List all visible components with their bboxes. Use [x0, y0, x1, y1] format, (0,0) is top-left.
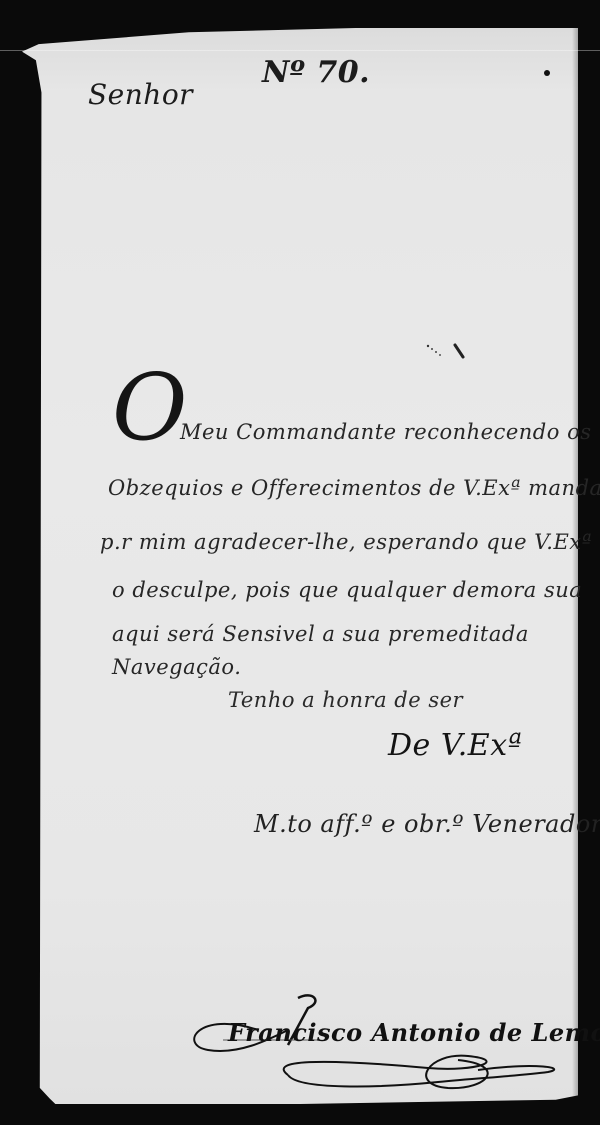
letter-page	[22, 28, 578, 1104]
body-line-4: o desculpe, pois que qualquer demora sua	[112, 578, 582, 602]
complimentary-line: M.to aff.º e obr.º Venerador	[254, 810, 600, 838]
salutation: Senhor	[88, 78, 193, 111]
body-line-2: Obzequios e Offerecimentos de V.Exª mand…	[108, 476, 600, 500]
document-number: Nº 70.	[262, 55, 370, 90]
scan-artifact-line	[0, 50, 600, 51]
drop-capital: O	[112, 362, 187, 454]
ink-dot	[544, 70, 550, 76]
body-line-6: Navegação.	[112, 655, 241, 679]
body-line-3: p.r mim agradecer-lhe, esperando que V.E…	[100, 530, 592, 554]
ink-smudge	[425, 343, 470, 363]
body-line-5: aqui será Sensivel a sua premeditada	[112, 622, 529, 646]
closing-line: Tenho a honra de ser	[228, 688, 463, 712]
address-line: De V.Exª	[388, 728, 522, 763]
body-line-1: Meu Commandante reconhecendo os	[180, 420, 592, 444]
signature: Francisco Antonio de Lemos	[228, 1018, 600, 1047]
